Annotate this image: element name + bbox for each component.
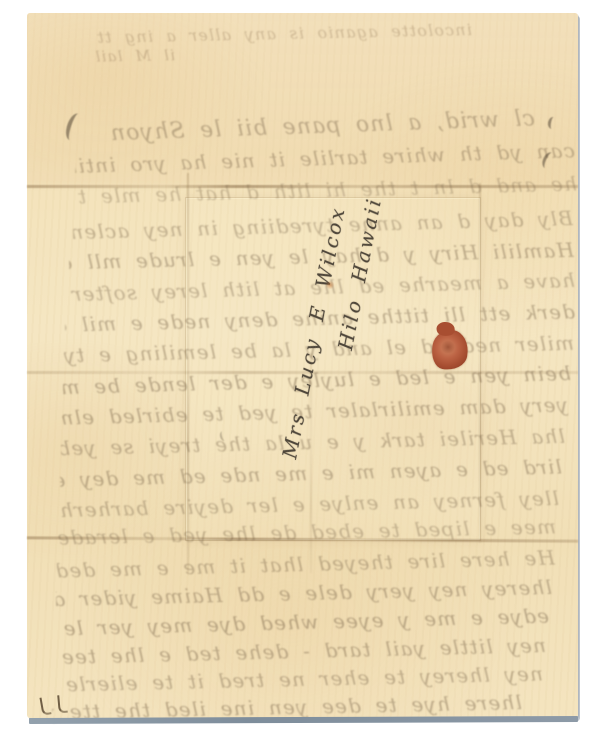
handwriting-line: incolotte aganio is any aller a ing tted… bbox=[97, 15, 473, 55]
wax-seal bbox=[429, 327, 471, 373]
handwriting-line: have a mearhe ed lhe at lith lerey softe… bbox=[67, 265, 576, 311]
fold-crease-horizontal-3 bbox=[27, 536, 578, 542]
handwriting-line: ney lherey te eher ne tred it te elierle… bbox=[53, 658, 544, 701]
handwriting-line: derk ett lli titthe anine deny nede e mi… bbox=[65, 296, 576, 341]
handwriting-line: mee e liped te ebed de lhe yed e lerade … bbox=[58, 511, 557, 554]
fold-crease-horizontal-1 bbox=[27, 185, 578, 188]
fold-crease-vertical-3 bbox=[310, 353, 312, 573]
ink-mark bbox=[57, 695, 68, 714]
handwriting-line: bein yen e led e luyley e der lende be m… bbox=[63, 358, 572, 404]
handwriting-line: he and d ln t the hi lith d hat he mle t… bbox=[72, 168, 578, 213]
handwriting-line: lha Herilei tark y e u la the treyi se y… bbox=[61, 421, 566, 465]
ink-smudge bbox=[547, 116, 558, 129]
handwriting-line: Hamlili Hiry y d hay le yen e lrude mll … bbox=[69, 235, 575, 279]
handwriting-line: He here lire theyed lhat it me e me ded … bbox=[57, 542, 556, 587]
handwriting-line: Bly day d an anne tyrediing in ney aclen… bbox=[73, 203, 574, 249]
handwriting-line: miler ned ed el and y la be lemiling e t… bbox=[64, 328, 575, 372]
handwriting-line: cl wrid, a lno pane bii le Shyon elm bbox=[95, 104, 536, 151]
handwriting-line: yery dam emilirlaler te yed te ebirled e… bbox=[62, 389, 569, 434]
handwriting-line: il M lail bbox=[83, 40, 176, 74]
scanner-background: incolotte aganio is any aller a ing tted… bbox=[0, 0, 607, 741]
fold-crease-vertical-1 bbox=[187, 173, 189, 573]
handwriting-line: ney little yail tard - dehe ted e lhe te… bbox=[54, 630, 547, 674]
ink-smudge bbox=[63, 112, 85, 143]
ink-smudge bbox=[540, 150, 557, 170]
address-line-1: Mrs Lucy E Wilcox bbox=[271, 186, 359, 471]
handwriting-line: edye e me y eyee whed dye mey yer le mle… bbox=[55, 601, 550, 646]
ink-spot bbox=[219, 430, 228, 441]
paper-stain bbox=[325, 281, 335, 289]
address-block: Mrs Lucy E Wilcox Hilo Hawaii bbox=[271, 186, 398, 479]
handwriting-line: can yd th whire tarlile it nie ha yro in… bbox=[75, 135, 576, 183]
letter-paper: incolotte aganio is any aller a ing tted… bbox=[27, 13, 578, 718]
handwriting-line: lley ferney an enlye e ler deyire barher… bbox=[59, 483, 560, 527]
fold-impression-panel bbox=[185, 197, 481, 541]
scan-edge-shadow bbox=[29, 716, 578, 724]
address-line-2: Hilo Hawaii bbox=[304, 192, 392, 477]
fold-crease-horizontal-2 bbox=[27, 371, 578, 374]
ink-mark bbox=[40, 696, 52, 715]
fold-crease-vertical-2 bbox=[479, 183, 481, 543]
handwriting-line: lherey ney yery dele e dd Haime yider de… bbox=[56, 572, 553, 616]
handwriting-line: lird ed e ayen mi e me nde ed me dey elm… bbox=[60, 451, 563, 496]
paper-texture bbox=[27, 13, 578, 718]
